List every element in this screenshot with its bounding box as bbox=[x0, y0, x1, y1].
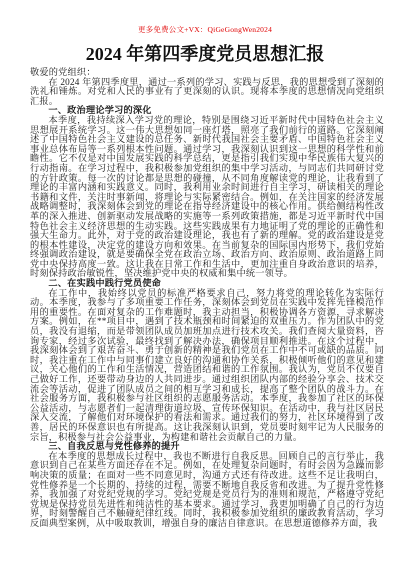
document-page: 更多免费公文+VX：QiGeGongWen2024 2024 年第四季度党员思想… bbox=[0, 0, 410, 580]
section-1-paragraph: 本季度，我持续深入学习党的理论，特别是围绕习近平新时代中国特色社会主义思想展开系… bbox=[30, 116, 384, 279]
section-3-paragraph: 在本季度的思想成长过程中，我也不断进行自我反思。回顾自己的言行举止，我意识到自己… bbox=[30, 452, 384, 529]
section-2-paragraph: 在工作中，我始终以党员的标准严格要求自己，努力将党的理论转化为实际行动。本季度，… bbox=[30, 289, 384, 443]
page-title: 2024 年第四季度党员思想汇报 bbox=[0, 43, 410, 65]
intro-paragraph: 在 2024 年第四季度里，通过一系列的学习、实践与反思，我的思想受到了深刻的洗… bbox=[30, 78, 384, 107]
document-body: 敬爱的党组织： 在 2024 年第四季度里，通过一系列的学习、实践与反思，我的思… bbox=[30, 68, 384, 529]
watermark-text: 更多免费公文+VX：QiGeGongWen2024 bbox=[0, 25, 410, 34]
